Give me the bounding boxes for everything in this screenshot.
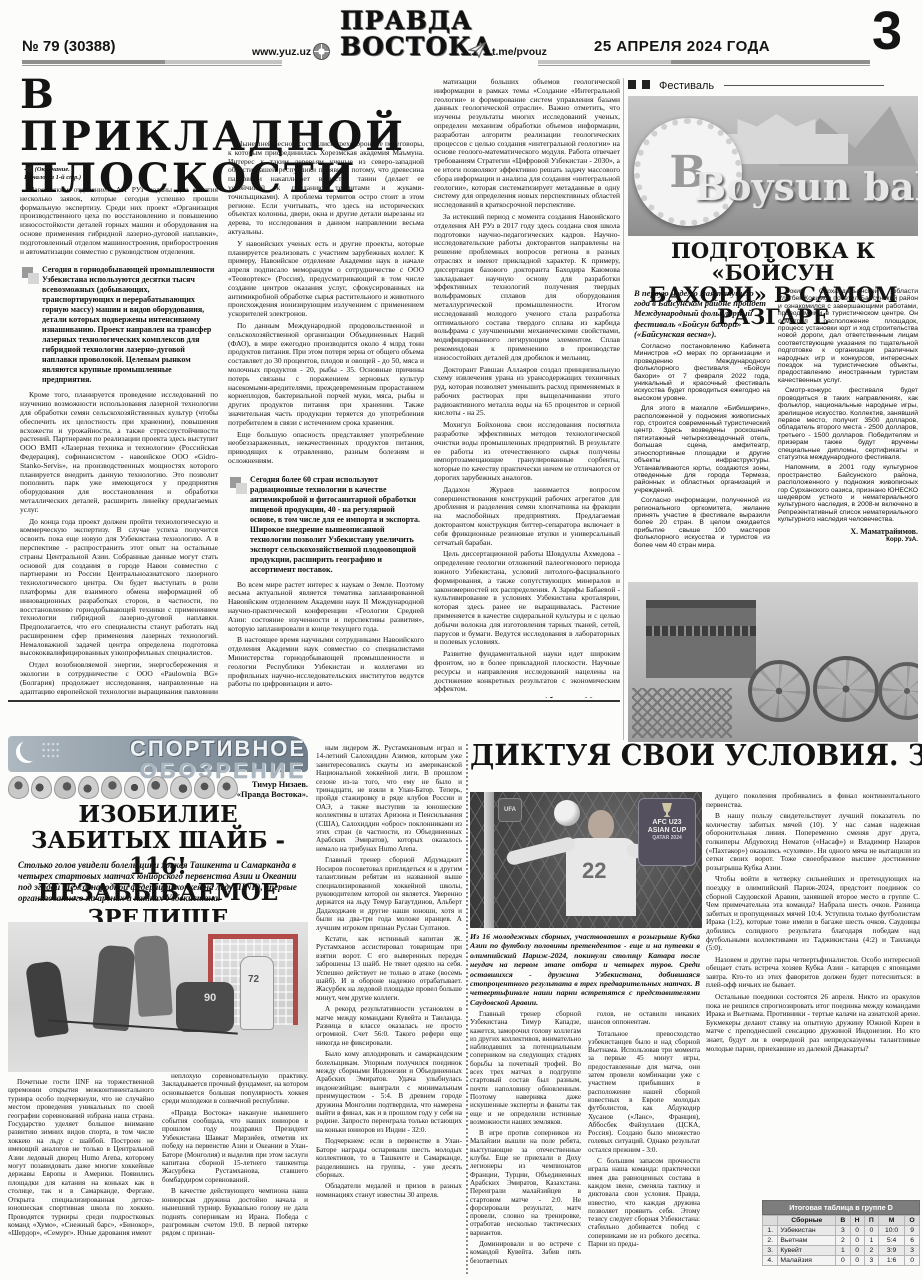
table-cell: Узбекистан [778, 1226, 836, 1236]
author-signature: Абдуразак Мирзаев. [434, 697, 620, 698]
logo-line-2: ВОСТОКА [340, 34, 460, 60]
football-col1-paras: Главный тренер сборной Узбекистана Тимур… [470, 1010, 581, 1265]
main-col2-top: Нынешней весной состоялись трехсторонние… [228, 140, 424, 466]
table-cell: 0 [864, 1226, 878, 1236]
globe-icon [313, 43, 330, 60]
festival-left-paras: Согласно постановлению Кабинета Министро… [634, 343, 770, 549]
paragraph: Дадахон Жураев занимается вопросом совер… [434, 486, 620, 548]
sports-col3-paras: ным лидером Ж. Рустамхановым играл и 14-… [316, 744, 462, 1199]
sports-col2-paras: неплохую соревновательную практику. Закл… [162, 1072, 308, 1238]
paragraph: В нашу пользу свидетельствует лучший пок… [706, 812, 920, 872]
paragraph: Обладатели медалей и призов в разных ном… [316, 1182, 462, 1199]
table-cell: 3 [864, 1256, 878, 1266]
continuation-note: ◀ (Окончание. Начало на 1-й стр.) [24, 166, 144, 181]
paragraph: В настоящее время научными сотрудниками … [228, 636, 424, 689]
table-cell: 1 [836, 1246, 850, 1256]
hockey-goalie-shape [176, 982, 234, 1032]
table-cell: 0 [850, 1256, 864, 1266]
paragraph: Напомним, в 2001 году культурное простра… [778, 464, 918, 523]
main-col1-bottom: Кроме того, планируется проведение иссле… [20, 391, 218, 698]
hockey-player-shape [133, 935, 172, 1017]
festival-col-right: Хоким Сурхандарьинской области Улугбек К… [778, 288, 918, 584]
festival-lead: В первую неделю мая текущего года в Байс… [634, 288, 770, 339]
table-row: 1.Узбекистан30010:09 [763, 1226, 920, 1236]
paragraph: Главный тренер сборной Абдумаджит Носиро… [316, 856, 462, 932]
table-cell: Кувейт [778, 1246, 836, 1256]
table-row: 3.Кувейт1023:93 [763, 1246, 920, 1256]
paragraph: неплохую соревновательную практику. Закл… [162, 1072, 308, 1106]
main-article: В ПРИКЛАДНОЙ ПЛОСКОСТИ ◀ (Окончание. Нач… [0, 74, 622, 702]
paragraph: У навоийских ученых есть и другие проект… [228, 240, 424, 319]
header-rule-left [22, 60, 282, 66]
main-festival-divider [623, 78, 624, 740]
sports-col-2: неплохую соревновательную практику. Закл… [162, 1072, 308, 1280]
standings-table-grid: СборныеВНПМО 1.Узбекистан30010:092.Вьетн… [762, 1215, 920, 1266]
cart-wheel-icon [813, 656, 879, 722]
cart-wheel-icon [748, 660, 810, 722]
table-cell: Н [850, 1216, 864, 1226]
goalie-number: 90 [204, 992, 216, 1004]
table-cell: 0 [850, 1226, 864, 1236]
table-cell: 3 [836, 1226, 850, 1236]
table-cell: 2. [763, 1236, 778, 1246]
paragraph: Развитие фундаментальной науки идет широ… [434, 650, 620, 694]
festival-photo-secondary [628, 582, 918, 742]
table-row: 4.Малайзия0031:60 [763, 1256, 920, 1266]
paragraph: До конца года проект должен пройти техно… [20, 518, 218, 659]
sports-col-1: Почетные гости IINF на торжественной цер… [8, 1078, 154, 1280]
festival-tag-label: Фестиваль [659, 80, 714, 92]
player-head-shape [588, 810, 614, 840]
tag-squares-icon [628, 80, 636, 89]
paragraph: Согласно постановлению Кабинета Министро… [634, 343, 770, 402]
standings-table-head: СборныеВНПМО [763, 1216, 920, 1226]
issue-date: 25 АПРЕЛЯ 2024 ГОДА [594, 38, 770, 55]
sport-icon [101, 776, 122, 799]
paragraph: Навоийским отделением АН РУз поданы для … [20, 186, 218, 256]
sport-icon [170, 776, 191, 799]
sports-byline-paper: «Правда Востока». [237, 790, 308, 800]
table-cell: 3:9 [878, 1246, 904, 1256]
page: { "header": { "issue": "№ 79 (30388)", "… [0, 0, 922, 1280]
goal-post-shape [484, 792, 494, 928]
inset-1-text: Сегодня в горнодобывающей промышленности… [42, 265, 215, 384]
continuation-text-2: Начало на 1-й стр.) [24, 174, 144, 182]
paragraph: По данным Международной продовольственно… [228, 322, 424, 428]
sport-icon [124, 776, 145, 799]
continuation-arrow-icon: ◀ [24, 166, 32, 174]
telegram-plane-icon [468, 42, 486, 63]
festival-title-line1: ПОДГОТОВКА К «БОЙСУН [628, 240, 918, 284]
football-section: ДИКТУЯ СВОИ УСЛОВИЯ. ЗАПАС ПРОЧНОСТИ UFA… [470, 738, 920, 1280]
table-cell: М [878, 1216, 904, 1226]
stars-grid-icon: ∗∗∗∗∗∗∗∗∗∗∗∗ [42, 742, 60, 760]
sport-icon [78, 776, 99, 799]
hockey-player-shape [25, 960, 69, 1038]
paragraph: Мохигул Бойхонова свои исследования посв… [434, 421, 620, 483]
stage-shape [646, 600, 756, 678]
main-sports-divider [8, 700, 620, 702]
paragraph: В игре против соперников из Малайзии выш… [470, 1129, 581, 1237]
table-cell: 10:0 [878, 1226, 904, 1236]
paragraph: Подчеркнем: если в первенстве в Улан-Бат… [316, 1137, 462, 1179]
hockey-player-shape [92, 945, 135, 1032]
standings-table-body: 1.Узбекистан30010:092.Вьетнам2015:463.Ку… [763, 1226, 920, 1266]
paragraph: В качестве действующего чемпиона наша юн… [162, 1187, 308, 1237]
football-title: ДИКТУЯ СВОИ УСЛОВИЯ. ЗАПАС ПРОЧНОСТИ [470, 738, 893, 772]
table-cell: Вьетнам [778, 1236, 836, 1246]
table-cell: 0 [905, 1256, 920, 1266]
sport-icon [8, 776, 29, 799]
table-row: 2.Вьетнам2015:46 [763, 1236, 920, 1246]
paragraph: голов, не оставили никаких шансов оппоне… [588, 1010, 700, 1027]
paragraph: Главный тренер сборной Узбекистана Тимур… [470, 1010, 581, 1126]
table-cell: 3 [905, 1246, 920, 1256]
paragraph: Почетные гости IINF на торжественной цер… [8, 1078, 154, 1238]
telegram-handle: t.me/pvouz [492, 46, 547, 58]
paragraph: Отдел возобновляемой энергии, энергосбер… [20, 661, 218, 698]
table-cell: П [864, 1216, 878, 1226]
table-cell: 5:4 [878, 1236, 904, 1246]
sports-col1-paras: Почетные гости IINF на торжественной цер… [8, 1078, 154, 1238]
table-cell: В [836, 1216, 850, 1226]
paragraph: Во всем мире растет интерес к наукам о З… [228, 581, 424, 634]
table-cell: 2 [864, 1246, 878, 1256]
table-cell: 6 [905, 1236, 920, 1246]
festival-signature: Х. Маматрайимов. [778, 527, 918, 536]
sports-byline: Тимур Низаев. «Правда Востока». [237, 780, 308, 799]
hockey-photo: 90 72 [8, 922, 308, 1072]
table-cell: 1:6 [878, 1256, 904, 1266]
crescent-icon [16, 741, 38, 763]
football-caption: Из 16 молодежных сборных, участвовавших … [470, 932, 700, 1007]
paragraph: А рекорд результативности установлен в м… [316, 1005, 462, 1047]
football-col-3: дущего поколения пробивались в финал кон… [706, 792, 920, 1196]
player-number: 72 [248, 974, 259, 985]
table-cell: 3. [763, 1246, 778, 1256]
main-col-2: Нынешней весной состоялись трехсторонние… [228, 140, 424, 698]
newspaper-logo: ПРАВДА ВОСТОКА [340, 8, 460, 60]
table-cell: 4. [763, 1256, 778, 1266]
festival-right-paras: Хоким Сурхандарьинской области Улугбек К… [778, 288, 918, 524]
sport-icon [147, 776, 168, 799]
table-cell: 0 [850, 1236, 864, 1246]
sports-col-3: ным лидером Ж. Рустамхановым играл и 14-… [316, 744, 462, 1280]
lattice-shape [632, 688, 732, 738]
table-cell: 1 [864, 1236, 878, 1246]
table-row: СборныеВНПМО [763, 1216, 920, 1226]
sports-banner: ∗∗∗∗∗∗∗∗∗∗∗∗ СПОРТИВНОЕ ОБОЗРЕНИЕ Тимур … [8, 734, 308, 798]
paragraph: Тотальное превосходство узбекистанцев бы… [588, 1030, 700, 1154]
table-cell: 1. [763, 1226, 778, 1236]
continuation-text-1: (Окончание. [24, 166, 144, 174]
issue-number: № 79 (30388) [22, 38, 115, 55]
sports-section: ∗∗∗∗∗∗∗∗∗∗∗∗ СПОРТИВНОЕ ОБОЗРЕНИЕ Тимур … [8, 712, 464, 1280]
paragraph: Было кому аплодировать и самаркандским б… [316, 1050, 462, 1134]
sport-icon [31, 776, 52, 799]
festival-col-left: В первую неделю мая текущего года в Байс… [634, 288, 770, 584]
table-cell: О [905, 1216, 920, 1226]
standings-table: Итоговая таблица в группе D СборныеВНПМО… [762, 1200, 920, 1266]
table-cell: 0 [850, 1246, 864, 1256]
inset-2-text: Сегодня более 60 стран используют радиац… [250, 475, 420, 574]
table-cell: Малайзия [778, 1256, 836, 1266]
main-col2-bottom: Во всем мире растет интерес к наукам о З… [228, 581, 424, 690]
paragraph: За истекший период с момента создания На… [434, 213, 620, 363]
main-col-1: Навоийским отделением АН РУз поданы для … [20, 186, 218, 698]
cart-wheel-icon [878, 662, 918, 720]
paragraph: матизации больших объемов геологической … [434, 78, 620, 210]
main-col1-top: Навоийским отделением АН РУз поданы для … [20, 186, 218, 256]
stage-banner-shape [646, 626, 756, 636]
sports-lead: Столько голов увидели болельщики хоккея … [18, 860, 304, 904]
paragraph: Нынешней весной состоялись трехсторонние… [228, 140, 424, 237]
hockey-player-shape [240, 956, 274, 1030]
paragraph: «Правда Востока» накануне нынешнего собы… [162, 1109, 308, 1185]
table-cell: 0 [836, 1256, 850, 1266]
header-rule-right [538, 60, 870, 66]
tag-squares-icon [642, 80, 650, 89]
festival-photo-main: B Boysun bahori [628, 96, 918, 236]
main-inset-1: Сегодня в горнодобывающей промышленности… [20, 259, 218, 391]
page-header: № 79 (30388) www.yuz.uz ПРАВДА ВОСТОКА t… [0, 0, 922, 74]
main-inset-2: Сегодня более 60 стран используют радиац… [228, 469, 424, 581]
festival-signature-role: Корр. УзА. [778, 536, 918, 543]
paragraph: Остальные поединки состоятся 26 апреля. … [706, 993, 920, 1053]
paragraph: Кстати, как истинный капитан Ж. Рустамха… [316, 935, 462, 1002]
paragraph: ным лидером Ж. Рустамхановым играл и 14-… [316, 744, 462, 853]
paragraph: Кроме того, планируется проведение иссле… [20, 391, 218, 514]
sport-icons-row [8, 776, 238, 798]
football-col3-paras: дущего поколения пробивались в финал кон… [706, 792, 920, 1053]
paragraph: Цель диссертационной работы Шовдуллы Ахм… [434, 550, 620, 647]
logo-line-1: ПРАВДА [340, 8, 460, 34]
paragraph: Докторант Равшан Аллаяров создал принцип… [434, 366, 620, 419]
main-col-3: матизации больших объемов геологической … [434, 78, 620, 698]
trophy-icon [662, 803, 672, 817]
paragraph: Хоким Сурхандарьинской области Улугбек К… [778, 288, 918, 384]
badge-line-2: ASIAN CUP [639, 827, 695, 835]
site-url: www.yuz.uz [252, 46, 311, 58]
football-photo: UFA 22 AFC U23 ASIAN CUP QATAR 2024 [470, 792, 702, 928]
football-col2-paras: голов, не оставили никаких шансов оппоне… [588, 1010, 700, 1248]
sport-icon [217, 776, 238, 799]
paragraph: Еще большую опасность представляет употр… [228, 431, 424, 466]
festival-photo-letters: Boysun bahori [694, 164, 918, 209]
paragraph: Доминировали и во встрече с командой Кув… [470, 1240, 581, 1265]
sport-icon [194, 776, 215, 799]
afc-u23-badge: AFC U23 ASIAN CUP QATAR 2024 [638, 798, 696, 866]
paragraph: дущего поколения пробивались в финал кон… [706, 792, 920, 809]
page-number: 3 [872, 2, 902, 60]
festival-tag: Фестиваль [628, 76, 918, 90]
badge-line-3: QATAR 2024 [639, 835, 695, 842]
inset-squares-icon [230, 477, 241, 488]
paragraph: Чтобы войти в четверку сильнейших и прет… [706, 875, 920, 952]
ball-shape [554, 800, 580, 826]
football-col-2: голов, не оставили никаких шансов оппоне… [588, 1010, 700, 1280]
paragraph: С большим запасом прочности играла наша … [588, 1157, 700, 1248]
festival-section: Фестиваль B Boysun bahori ПОДГОТОВКА К «… [628, 76, 918, 742]
table-cell [763, 1216, 778, 1226]
sport-icon [54, 776, 75, 799]
paragraph: Согласно информации, полученной из регио… [634, 497, 770, 549]
sports-byline-author: Тимур Низаев. [237, 780, 308, 790]
jersey-number: 22 [582, 858, 606, 884]
table-cell: 9 [905, 1226, 920, 1236]
paragraph: Смотр-конкурс фестиваля будет проводитьс… [778, 387, 918, 461]
paragraph: Назовем и другие пары четвертьфиналистов… [706, 956, 920, 990]
tag-rule [724, 85, 884, 86]
standings-table-title: Итоговая таблица в группе D [762, 1200, 920, 1215]
paragraph: Для этого в махалле «Бибиширин», располо… [634, 405, 770, 494]
football-col-1: Главный тренер сборной Узбекистана Тимур… [470, 1010, 581, 1280]
inset-squares-icon [22, 267, 33, 278]
table-cell: Сборные [778, 1216, 836, 1226]
sports-football-divider [466, 744, 468, 1274]
ufa-logo-badge: UFA [498, 798, 522, 822]
badge-line-1: AFC U23 [639, 819, 695, 827]
main-col3-paras: матизации больших объемов геологической … [434, 78, 620, 694]
table-cell: 2 [836, 1236, 850, 1246]
